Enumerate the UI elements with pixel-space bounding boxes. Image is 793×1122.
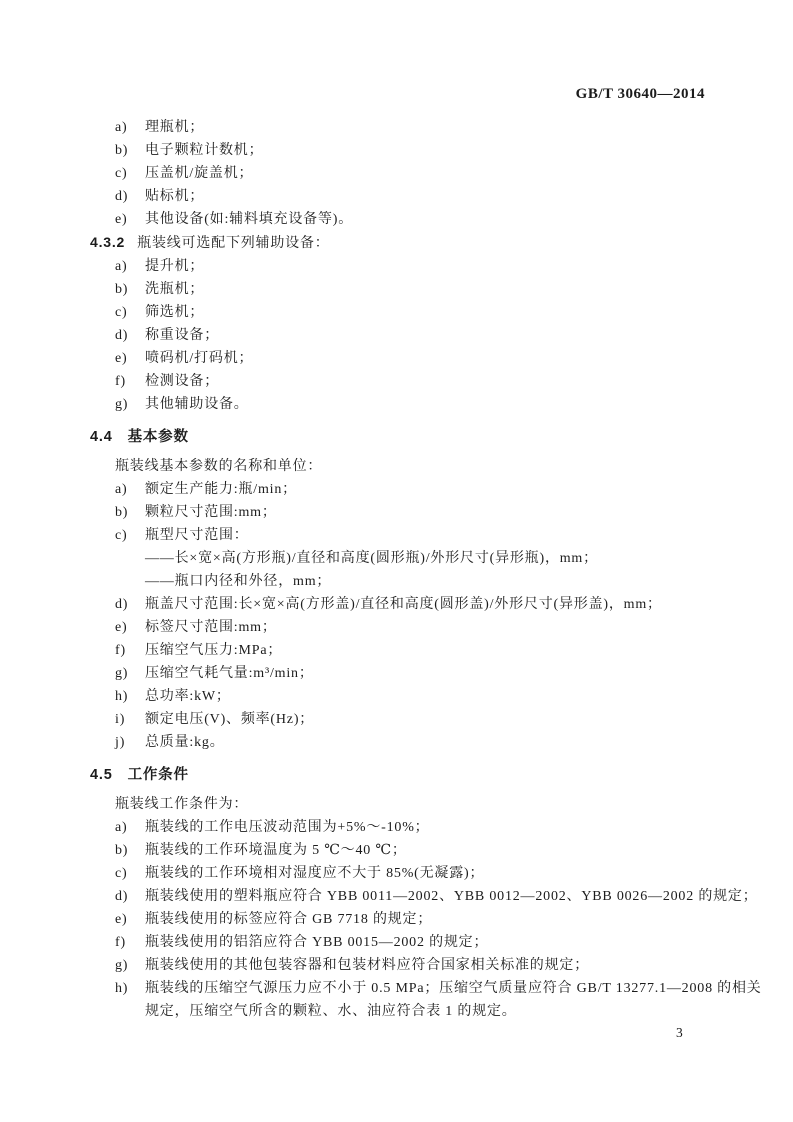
list-item-text: 瓶装线的工作电压波动范围为+5%～-10%； (145, 816, 762, 839)
list-item-label: c) (115, 301, 145, 324)
list-item-text: 贴标机； (145, 185, 762, 208)
list-item: e) 标签尺寸范围:mm； (90, 616, 762, 639)
paragraph-4-5-intro: 瓶装线工作条件为： (90, 793, 762, 816)
list-item-text: 压缩空气压力:MPa； (145, 639, 762, 662)
list-item-text: 额定生产能力:瓶/min； (145, 478, 762, 501)
list-item: j) 总质量:kg。 (90, 731, 762, 754)
page-number: 3 (676, 1025, 683, 1041)
list-item-text: 称重设备； (145, 324, 762, 347)
list-item-label: j) (115, 731, 145, 754)
list-item-text: 颗粒尺寸范围:mm； (145, 501, 762, 524)
list-item-text: 理瓶机； (145, 116, 762, 139)
list-item-label: e) (115, 616, 145, 639)
list-item-text: 洗瓶机； (145, 278, 762, 301)
list-item-label: e) (115, 908, 145, 931)
paragraph-4-4-intro: 瓶装线基本参数的名称和单位： (90, 455, 762, 478)
clause-text: 瓶装线可选配下列辅助设备： (137, 236, 329, 251)
list-item-text: 瓶盖尺寸范围:长×宽×高(方形盖)/直径和高度(圆形盖)/外形尺寸(异形盖)，m… (145, 593, 762, 616)
list-item: d) 瓶装线使用的塑料瓶应符合 YBB 0011—2002、YBB 0012—2… (90, 885, 762, 908)
list-item-label: d) (115, 324, 145, 347)
section-title: 工作条件 (128, 767, 189, 783)
list-item-text: 提升机； (145, 255, 762, 278)
list-item-text: 瓶装线的压缩空气源压力应不小于 0.5 MPa；压缩空气质量应符合 GB/T 1… (145, 977, 762, 1023)
list-item-text: 瓶型尺寸范围： (145, 524, 762, 547)
doc-number: GB/T 30640—2014 (576, 86, 705, 103)
list-item-label: c) (115, 162, 145, 185)
clause-number: 4.3.2 (90, 234, 125, 250)
list-item-text: 标签尺寸范围:mm； (145, 616, 762, 639)
section-number: 4.5 (90, 767, 113, 783)
list-item: a) 额定生产能力:瓶/min； (90, 478, 762, 501)
list-item-label: b) (115, 501, 145, 524)
document-page: GB/T 30640—2014 a) 理瓶机； b) 电子颗粒计数机； c) 压… (0, 0, 793, 1122)
list-item-label: g) (115, 954, 145, 977)
list-item-text: 瓶装线使用的标签应符合 GB 7718 的规定； (145, 908, 762, 931)
list-item-text: 检测设备； (145, 370, 762, 393)
list-item-text: 压盖机/旋盖机； (145, 162, 762, 185)
list-item: a) 理瓶机； (90, 116, 762, 139)
list-item-label: a) (115, 478, 145, 501)
list-item: b) 电子颗粒计数机； (90, 139, 762, 162)
list-item: h) 瓶装线的压缩空气源压力应不小于 0.5 MPa；压缩空气质量应符合 GB/… (90, 977, 762, 1023)
list-item-text: 瓶装线使用的铝箔应符合 YBB 0015—2002 的规定； (145, 931, 762, 954)
list-item: f) 压缩空气压力:MPa； (90, 639, 762, 662)
list-item: h) 总功率:kW； (90, 685, 762, 708)
list-item-text: 筛选机； (145, 301, 762, 324)
list-item-text: 瓶装线的工作环境温度为 5 ℃～40 ℃； (145, 839, 762, 862)
list-item: c) 瓶装线的工作环境相对湿度应不大于 85%(无凝露)； (90, 862, 762, 885)
list-item: d) 称重设备； (90, 324, 762, 347)
list-item-label: c) (115, 524, 145, 547)
list-item: c) 筛选机； (90, 301, 762, 324)
section-title: 基本参数 (128, 429, 189, 445)
list-item-text: 电子颗粒计数机； (145, 139, 762, 162)
list-item: b) 洗瓶机； (90, 278, 762, 301)
section-heading-4-4: 4.4基本参数 (90, 426, 762, 449)
list-item-label: b) (115, 839, 145, 862)
list-item-text: 瓶装线使用的塑料瓶应符合 YBB 0011—2002、YBB 0012—2002… (145, 885, 762, 908)
list-item-label: f) (115, 931, 145, 954)
list-item-label: g) (115, 393, 145, 416)
list-item: g) 压缩空气耗气量:m³/min； (90, 662, 762, 685)
list-item-text: 其他设备(如:辅料填充设备等)。 (145, 208, 762, 231)
list-item-text: 压缩空气耗气量:m³/min； (145, 662, 762, 685)
list-item-label: d) (115, 885, 145, 908)
dash-subitem: ——瓶口内径和外径，mm； (90, 570, 762, 593)
list-item-label: d) (115, 185, 145, 208)
list-item: d) 贴标机； (90, 185, 762, 208)
list-item-label: a) (115, 255, 145, 278)
list-item-label: f) (115, 370, 145, 393)
list-item-label: f) (115, 639, 145, 662)
list-item: d) 瓶盖尺寸范围:长×宽×高(方形盖)/直径和高度(圆形盖)/外形尺寸(异形盖… (90, 593, 762, 616)
list-item: f) 检测设备； (90, 370, 762, 393)
clause-heading-4-3-2: 4.3.2瓶装线可选配下列辅助设备： (90, 231, 762, 255)
list-item-label: e) (115, 347, 145, 370)
list-item: g) 其他辅助设备。 (90, 393, 762, 416)
list-item-label: g) (115, 662, 145, 685)
list-item: b) 瓶装线的工作环境温度为 5 ℃～40 ℃； (90, 839, 762, 862)
list-item-text: 总质量:kg。 (145, 731, 762, 754)
list-item: e) 喷码机/打码机； (90, 347, 762, 370)
list-item-text: 总功率:kW； (145, 685, 762, 708)
list-item-label: a) (115, 116, 145, 139)
list-item: a) 瓶装线的工作电压波动范围为+5%～-10%； (90, 816, 762, 839)
list-item: f) 瓶装线使用的铝箔应符合 YBB 0015—2002 的规定； (90, 931, 762, 954)
list-item: i) 额定电压(V)、频率(Hz)； (90, 708, 762, 731)
list-item-label: b) (115, 139, 145, 162)
list-item-label: a) (115, 816, 145, 839)
page-content: a) 理瓶机； b) 电子颗粒计数机； c) 压盖机/旋盖机； d) 贴标机； … (90, 116, 762, 1023)
section-heading-4-5: 4.5工作条件 (90, 764, 762, 787)
list-item-text: 其他辅助设备。 (145, 393, 762, 416)
list-item-label: h) (115, 977, 145, 1023)
list-item-text: 喷码机/打码机； (145, 347, 762, 370)
list-item: e) 瓶装线使用的标签应符合 GB 7718 的规定； (90, 908, 762, 931)
list-item-text: 瓶装线的工作环境相对湿度应不大于 85%(无凝露)； (145, 862, 762, 885)
list-item-label: i) (115, 708, 145, 731)
list-item-text: 额定电压(V)、频率(Hz)； (145, 708, 762, 731)
list-item: c) 压盖机/旋盖机； (90, 162, 762, 185)
list-item: g) 瓶装线使用的其他包装容器和包装材料应符合国家相关标准的规定； (90, 954, 762, 977)
list-item-label: h) (115, 685, 145, 708)
list-item: a) 提升机； (90, 255, 762, 278)
list-item-label: c) (115, 862, 145, 885)
list-item: b) 颗粒尺寸范围:mm； (90, 501, 762, 524)
list-item-label: b) (115, 278, 145, 301)
list-item-label: e) (115, 208, 145, 231)
list-item-label: d) (115, 593, 145, 616)
dash-subitem: ——长×宽×高(方形瓶)/直径和高度(圆形瓶)/外形尺寸(异形瓶)，mm； (90, 547, 762, 570)
list-item: c) 瓶型尺寸范围： (90, 524, 762, 547)
list-item-text: 瓶装线使用的其他包装容器和包装材料应符合国家相关标准的规定； (145, 954, 762, 977)
section-number: 4.4 (90, 429, 113, 445)
list-item: e) 其他设备(如:辅料填充设备等)。 (90, 208, 762, 231)
